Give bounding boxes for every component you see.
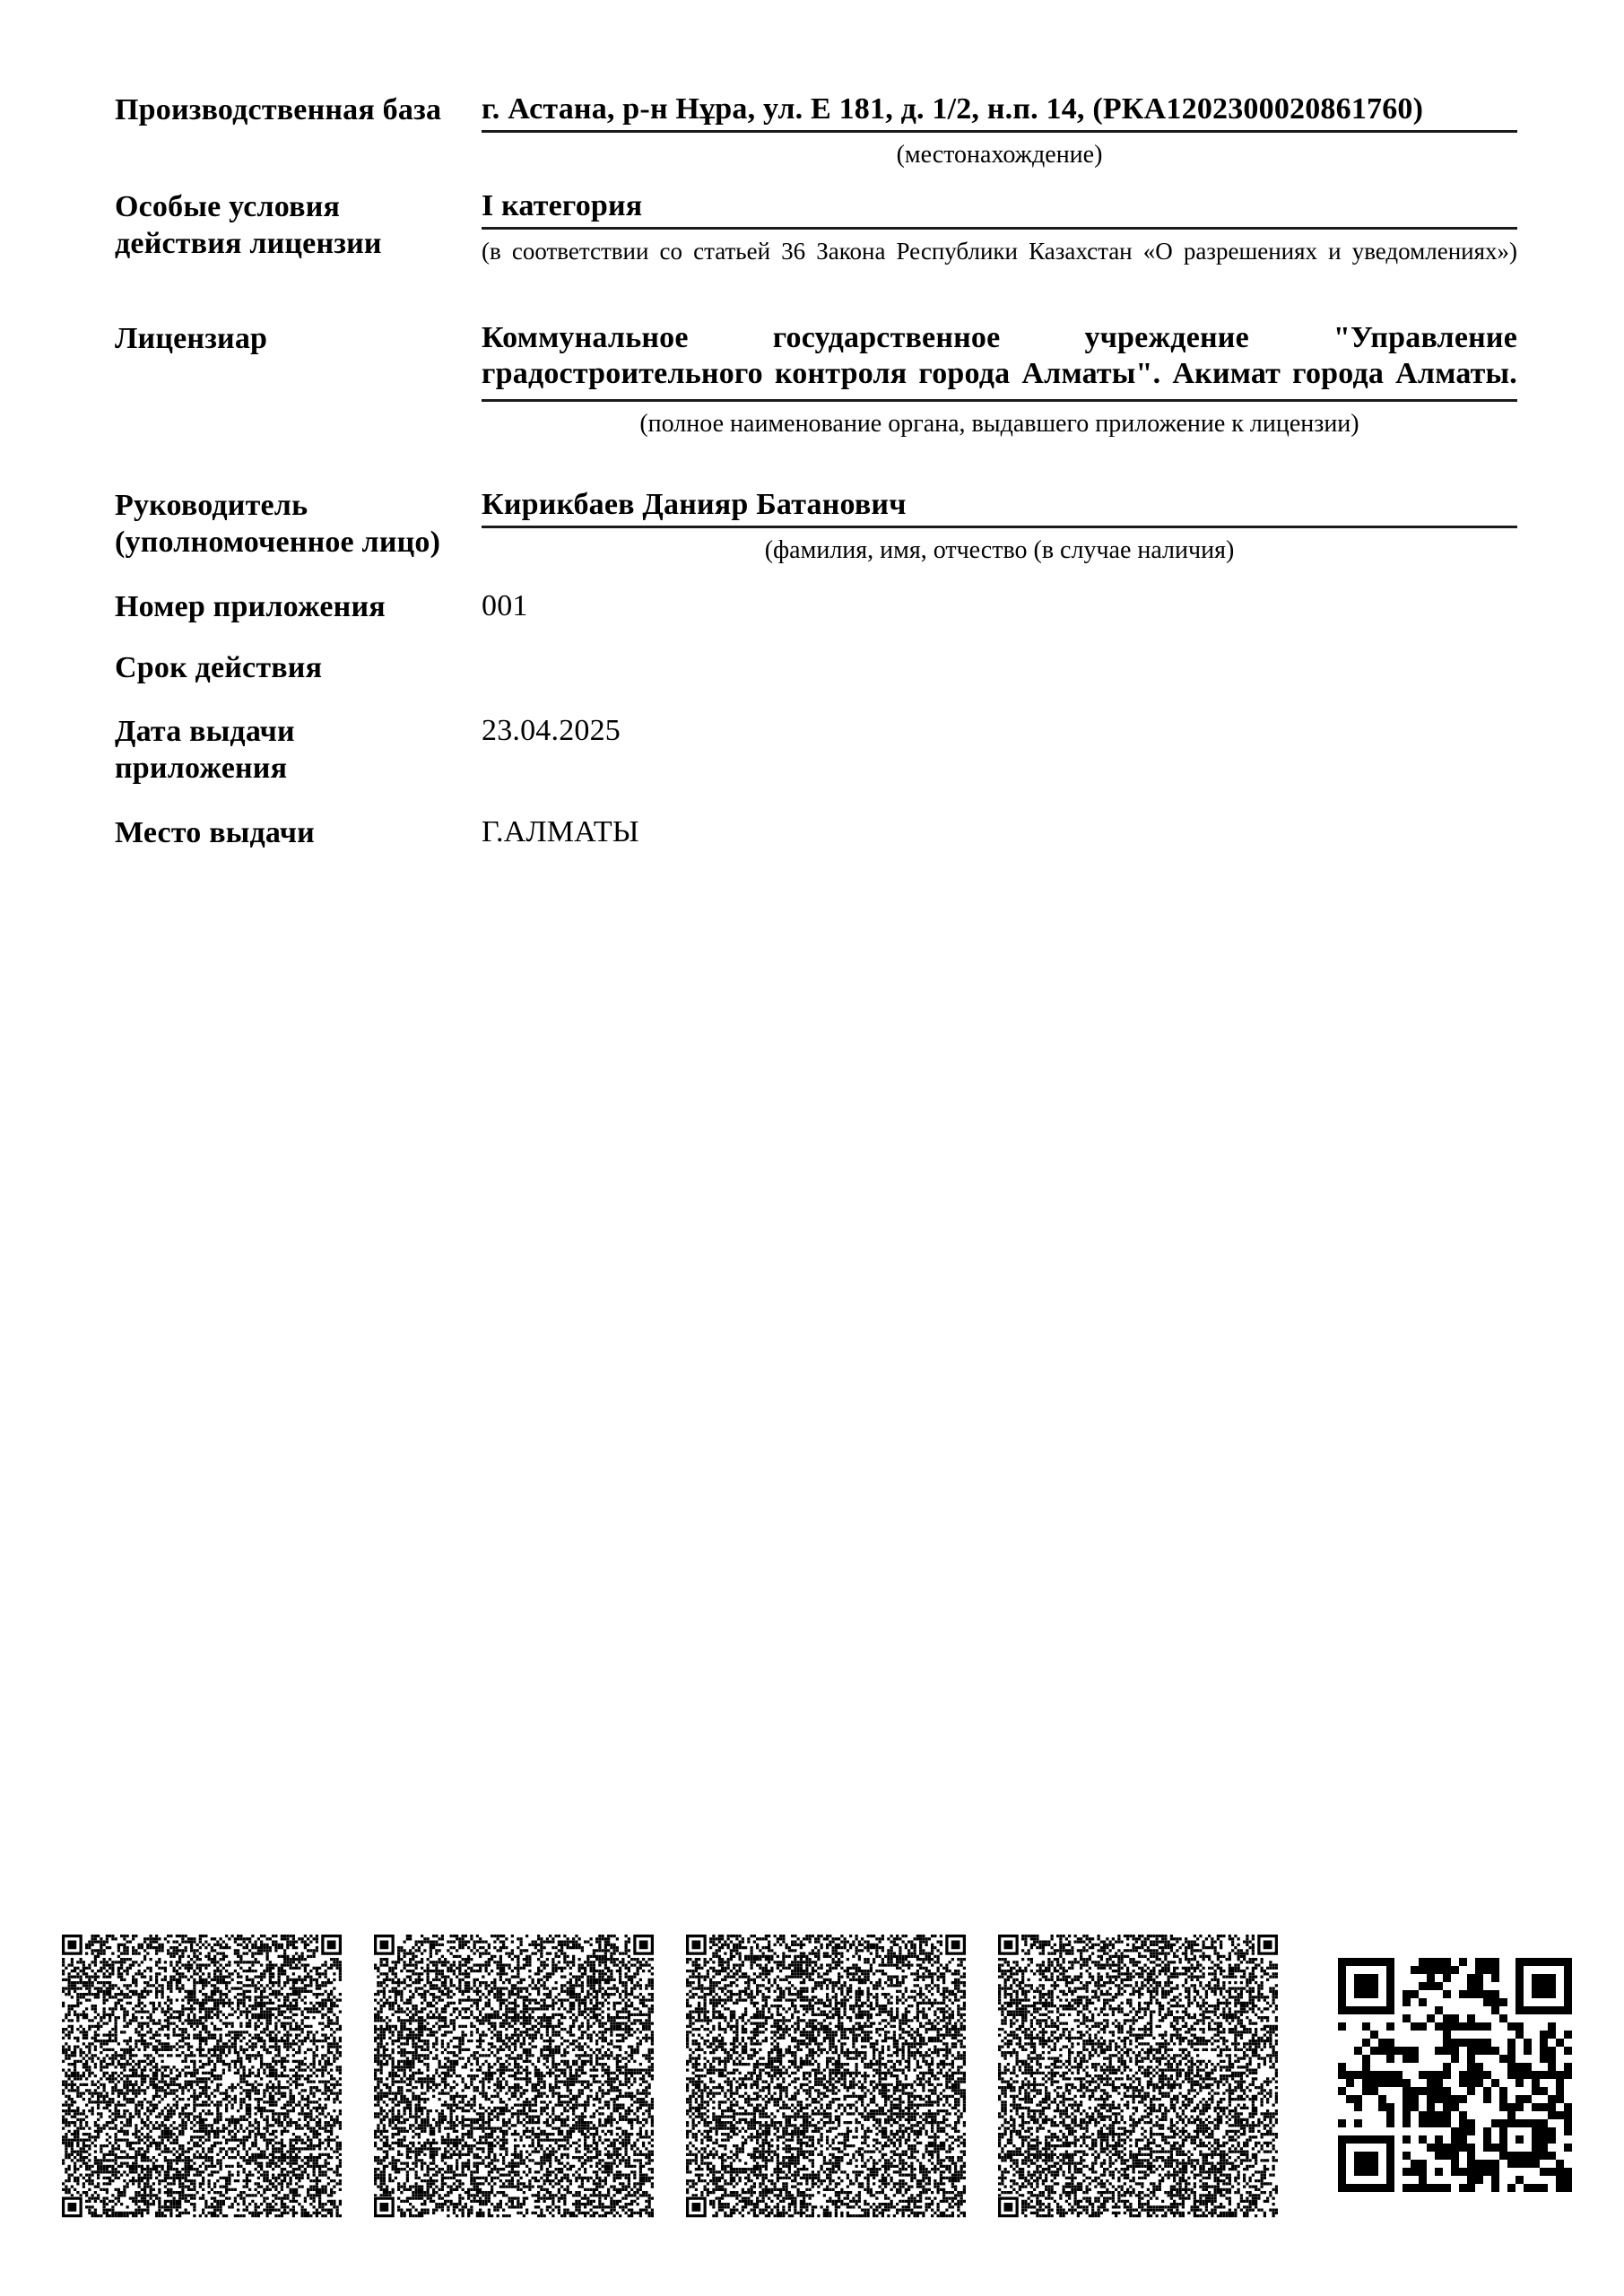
barcode-part-2-icon bbox=[374, 1935, 654, 2220]
verification-codes bbox=[0, 0, 1624, 2296]
qr-code-icon bbox=[1338, 1958, 1572, 2192]
barcode-part-4-icon bbox=[998, 1935, 1278, 2220]
license-appendix-page: Производственная база г. Астана, р-н Нұр… bbox=[0, 0, 1624, 2296]
barcode-part-1-icon bbox=[62, 1935, 342, 2220]
barcode-part-3-icon bbox=[686, 1935, 966, 2220]
